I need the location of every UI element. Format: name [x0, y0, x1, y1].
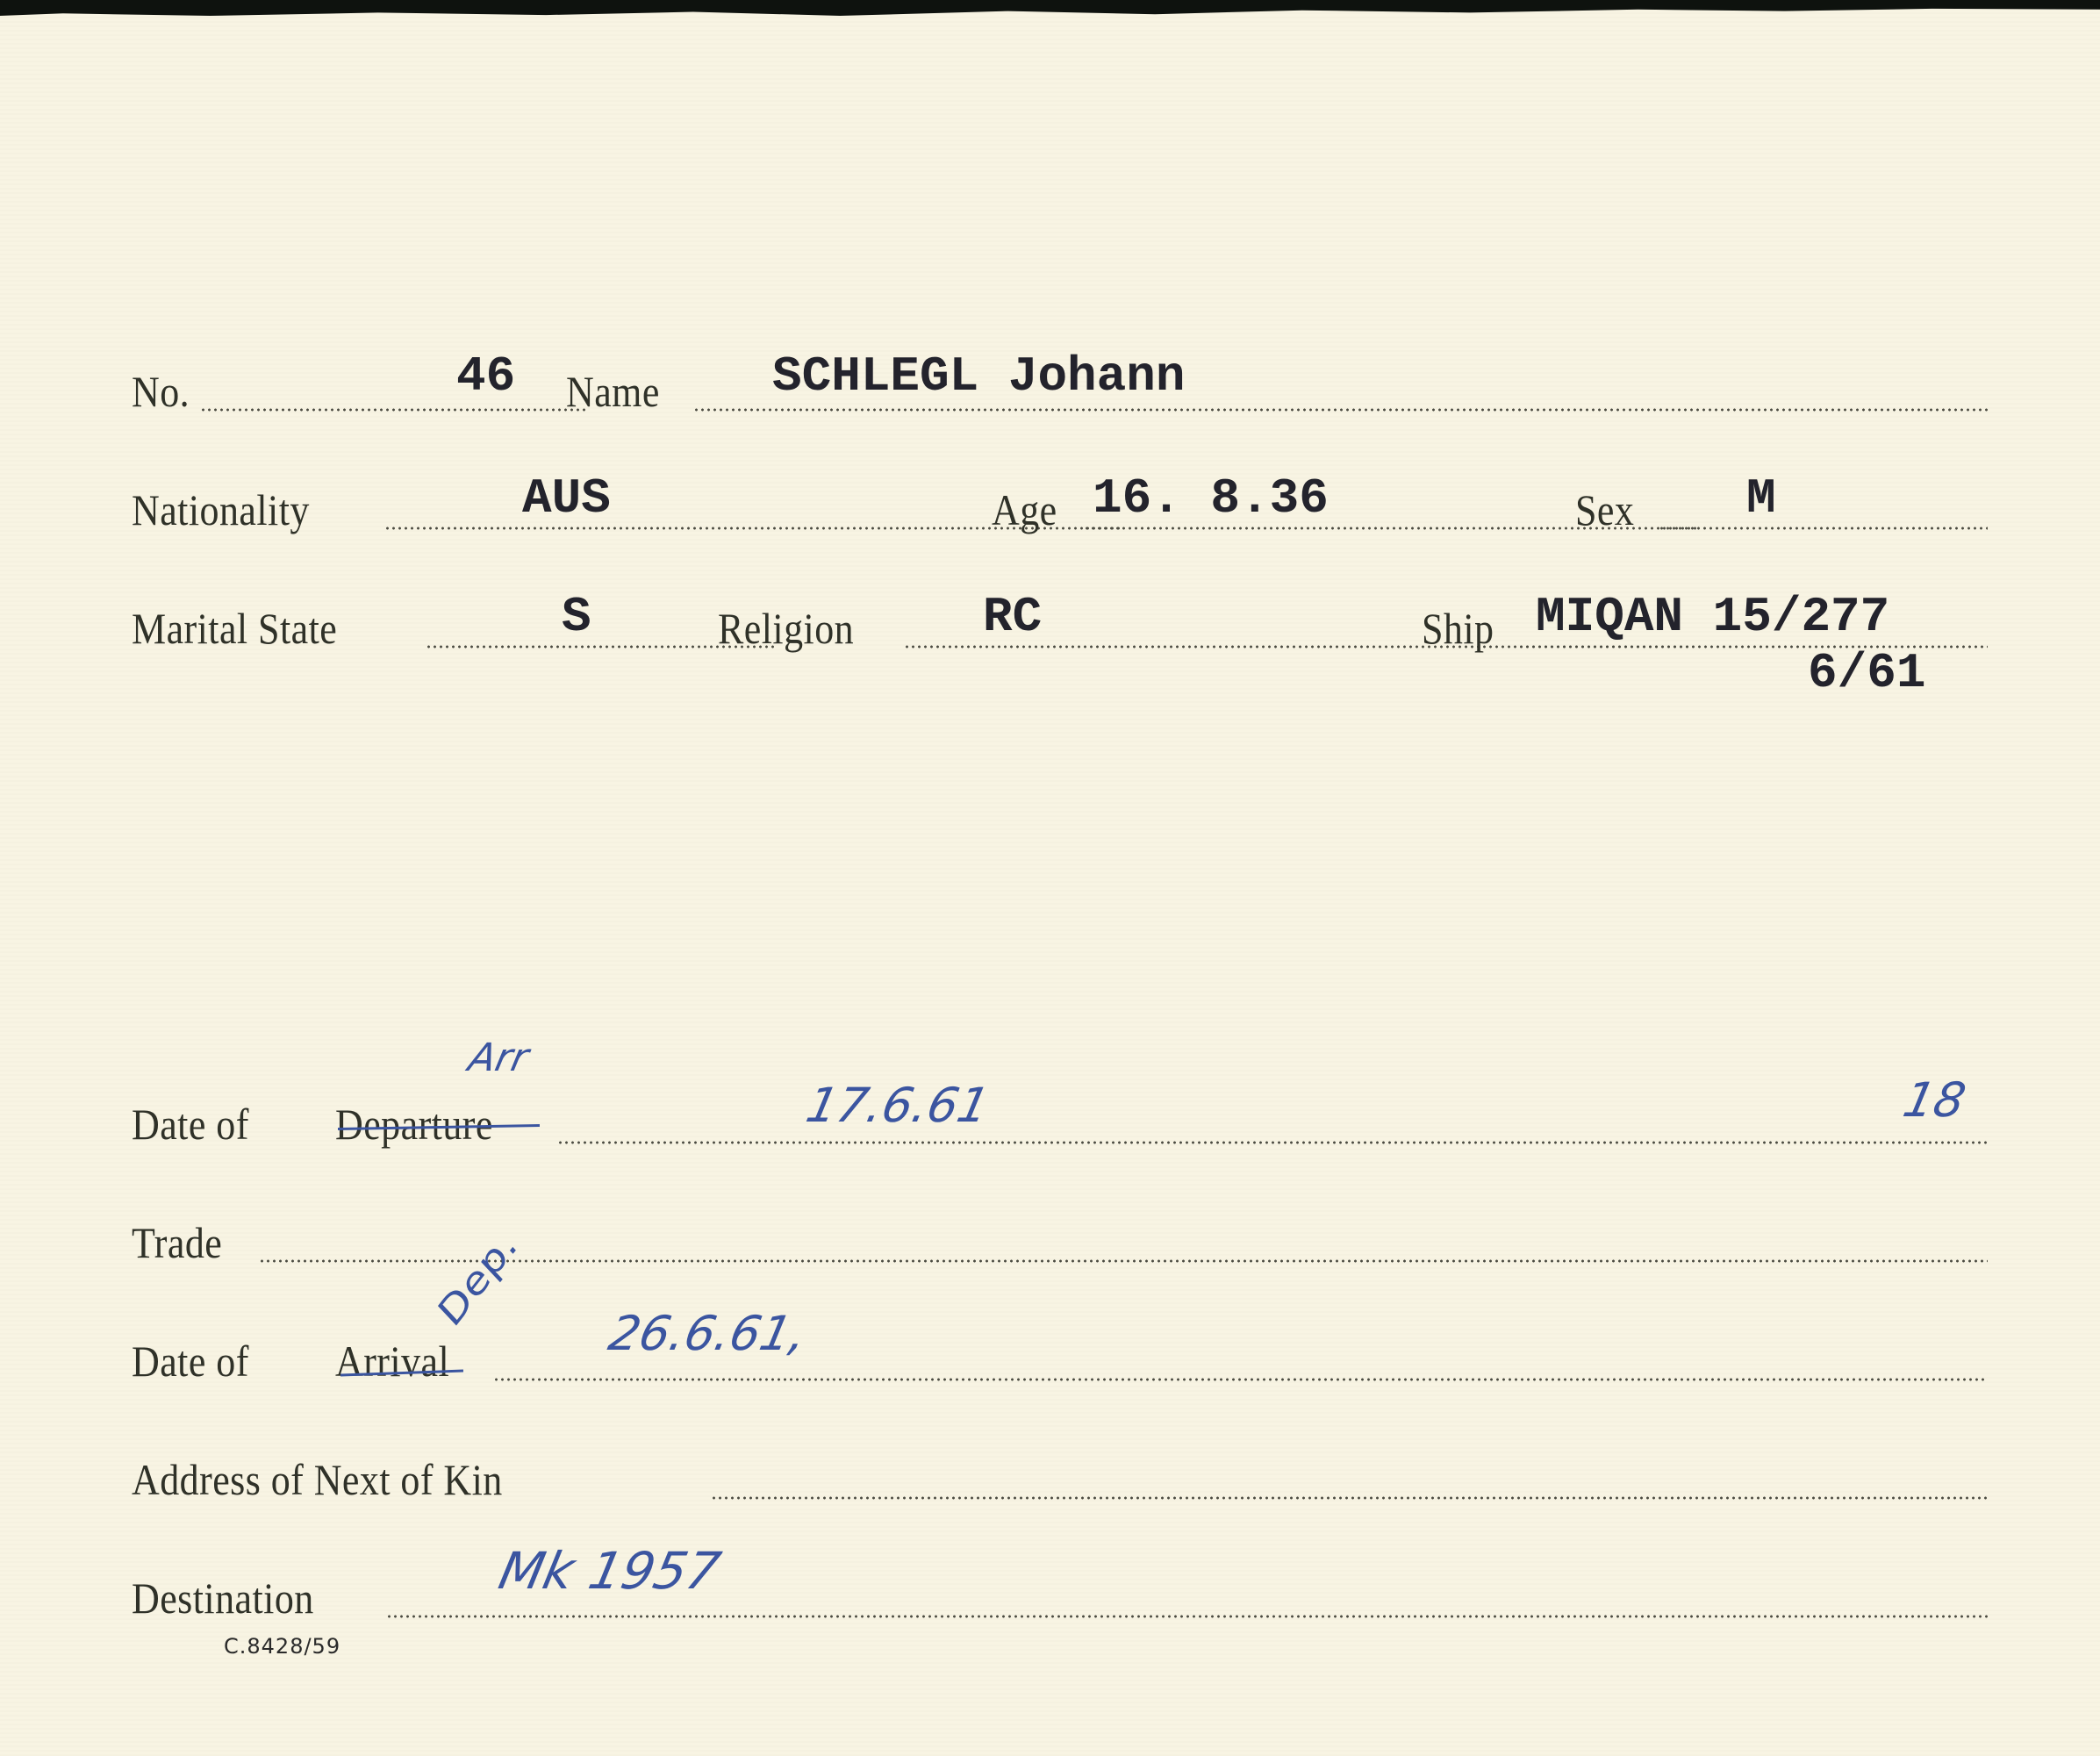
religion-value: RC	[983, 589, 1042, 645]
row-destination: Destination Mk 1957	[132, 1545, 1988, 1623]
arrival-value: 26.6.61,	[604, 1306, 812, 1361]
row-trade: Trade	[132, 1189, 1988, 1268]
marital-state-label: Marital State	[132, 603, 337, 654]
next-of-kin-label: Address of Next of Kin	[132, 1454, 503, 1505]
nationality-value: AUS	[522, 470, 611, 527]
departure-right-note: 18	[1898, 1072, 1970, 1128]
next-of-kin-dotted-line	[711, 1496, 1988, 1500]
arrival-label-struck: Arrival	[335, 1336, 449, 1387]
row-marital-religion-ship: Marital State S Religion RC Ship MIQAN 1…	[132, 575, 1988, 654]
no-value: 46	[456, 348, 515, 405]
registration-card: No. 46 Name SCHLEGL Johann Nationality A…	[0, 0, 2100, 1756]
ship-label: Ship	[1422, 603, 1494, 654]
scan-top-edge	[0, 0, 2100, 16]
departure-annotation: Arr	[465, 1036, 533, 1080]
row-no-name: No. 46 Name SCHLEGL Johann	[132, 338, 1988, 417]
ship-value: MIQAN 15/277	[1536, 589, 1889, 645]
arrival-dotted-line	[493, 1378, 1988, 1381]
age-label: Age	[992, 484, 1057, 535]
row-nationality-age-sex: Nationality AUS Age 16. 8.36 Sex M	[132, 456, 1988, 535]
departure-dotted-line	[557, 1141, 1988, 1144]
age-value: 16. 8.36	[1093, 470, 1329, 527]
sex-value: M	[1746, 470, 1776, 527]
row-next-of-kin: Address of Next of Kin	[132, 1426, 1988, 1505]
name-label: Name	[566, 366, 660, 417]
destination-label: Destination	[132, 1573, 314, 1623]
destination-dotted-line	[386, 1615, 1988, 1618]
sex-dotted-line	[1659, 527, 1988, 530]
name-value: SCHLEGL Johann	[772, 348, 1185, 405]
name-dotted-line	[693, 408, 1988, 412]
form-code: C.8428/59	[224, 1634, 340, 1659]
row-date-of-departure: Date of Departure Arr 17.6.61 18	[132, 1071, 1988, 1150]
row-date-of-arrival: Date of Arrival Dep. 26.6.61,	[132, 1308, 1988, 1387]
religion-label: Religion	[718, 603, 854, 654]
departure-label-prefix: Date of	[132, 1099, 249, 1150]
no-dotted-line	[200, 408, 586, 412]
sex-label: Sex	[1575, 484, 1634, 535]
destination-value: Mk 1957	[494, 1541, 726, 1601]
departure-label-struck: Departure	[335, 1099, 493, 1150]
ship-value-line2: 6/61	[1808, 645, 1925, 701]
no-label: No.	[132, 366, 190, 417]
departure-value: 17.6.61	[801, 1078, 994, 1133]
nationality-label: Nationality	[132, 484, 310, 535]
arrival-label-prefix: Date of	[132, 1336, 249, 1387]
trade-label: Trade	[132, 1217, 222, 1268]
marital-state-value: S	[562, 589, 591, 645]
